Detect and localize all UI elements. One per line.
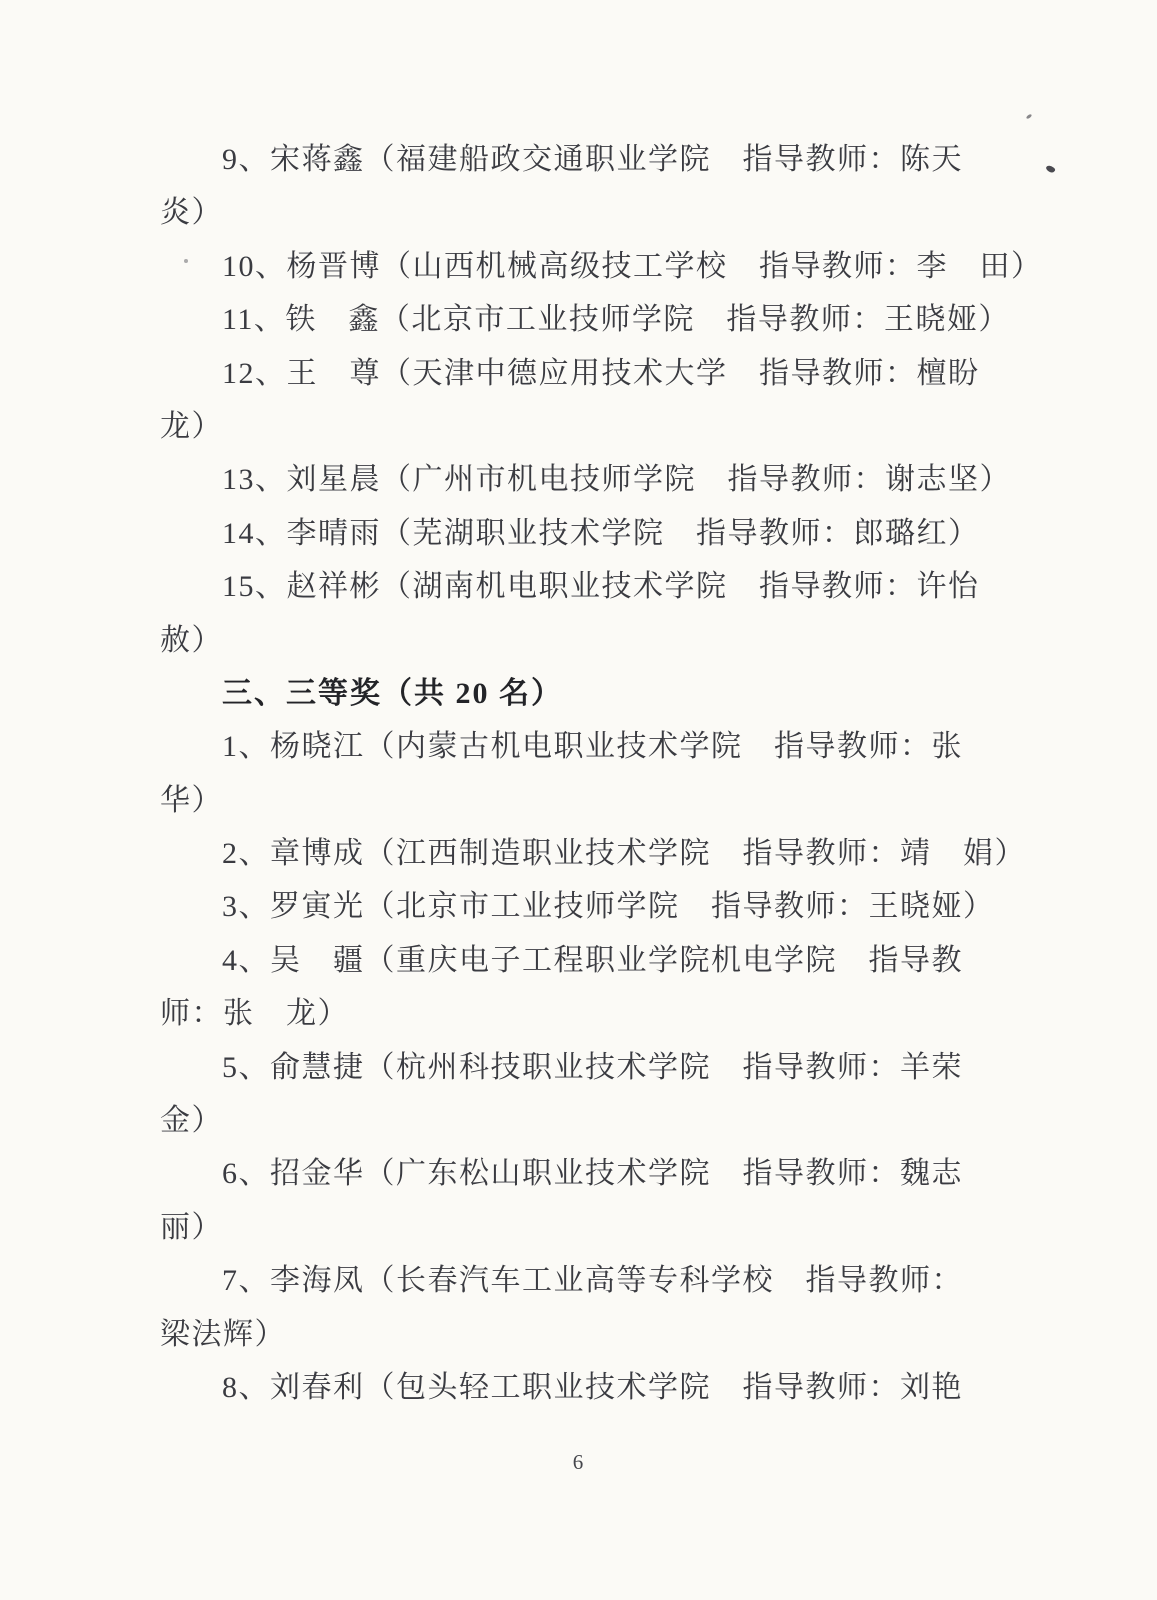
award-line-second-prize-10: 10、杨晋博（山西机械高级技工学校 指导教师：李 田） (160, 240, 990, 293)
award-line-continuation: 师：张 龙） (160, 987, 990, 1040)
award-list: 9、宋蒋鑫（福建船政交通职业学院 指导教师：陈天 炎） 10、杨晋博（山西机械高… (160, 133, 990, 1414)
award-line-second-prize-13: 13、刘星晨（广州市机电技师学院 指导教师：谢志坚） (160, 453, 990, 506)
award-line-continuation: 龙） (160, 400, 990, 453)
scan-speck-icon (1045, 164, 1056, 174)
award-line-continuation: 赦） (160, 614, 990, 667)
award-line-third-prize-4: 4、吴 疆（重庆电子工程职业学院机电学院 指导教 (160, 934, 990, 987)
award-line-third-prize-2: 2、章博成（江西制造职业技术学院 指导教师：靖 娟） (160, 827, 990, 880)
award-line-third-prize-6: 6、招金华（广东松山职业技术学院 指导教师：魏志 (160, 1147, 990, 1200)
scan-speck-icon (184, 259, 188, 263)
award-line-continuation: 梁法辉） (160, 1308, 990, 1361)
award-line-third-prize-5: 5、俞慧捷（杭州科技职业技术学院 指导教师：羊荣 (160, 1041, 990, 1094)
award-line-continuation: 金） (160, 1094, 990, 1147)
section-heading-third-prize: 三、三等奖（共 20 名） (160, 667, 990, 720)
award-line-continuation: 丽） (160, 1201, 990, 1254)
award-line-second-prize-12: 12、王 尊（天津中德应用技术大学 指导教师：檀盼 (160, 347, 990, 400)
award-line-continuation: 炎） (160, 186, 990, 239)
award-line-third-prize-8: 8、刘春利（包头轻工职业技术学院 指导教师：刘艳 (160, 1361, 990, 1414)
scan-speck-icon (1026, 114, 1033, 120)
award-line-second-prize-11: 11、铁 鑫（北京市工业技师学院 指导教师：王晓娅） (160, 293, 990, 346)
award-line-third-prize-3: 3、罗寅光（北京市工业技师学院 指导教师：王晓娅） (160, 880, 990, 933)
award-line-continuation: 华） (160, 774, 990, 827)
award-line-third-prize-1: 1、杨晓江（内蒙古机电职业技术学院 指导教师：张 (160, 720, 990, 773)
award-line-second-prize-14: 14、李晴雨（芜湖职业技术学院 指导教师：郎璐红） (160, 507, 990, 560)
award-line-second-prize-15: 15、赵祥彬（湖南机电职业技术学院 指导教师：许怡 (160, 560, 990, 613)
document-page: 9、宋蒋鑫（福建船政交通职业学院 指导教师：陈天 炎） 10、杨晋博（山西机械高… (0, 0, 1157, 1600)
award-line-second-prize-9: 9、宋蒋鑫（福建船政交通职业学院 指导教师：陈天 (160, 133, 990, 186)
page-number: 6 (0, 1447, 1157, 1477)
award-line-third-prize-7: 7、李海凤（长春汽车工业高等专科学校 指导教师： (160, 1254, 990, 1307)
